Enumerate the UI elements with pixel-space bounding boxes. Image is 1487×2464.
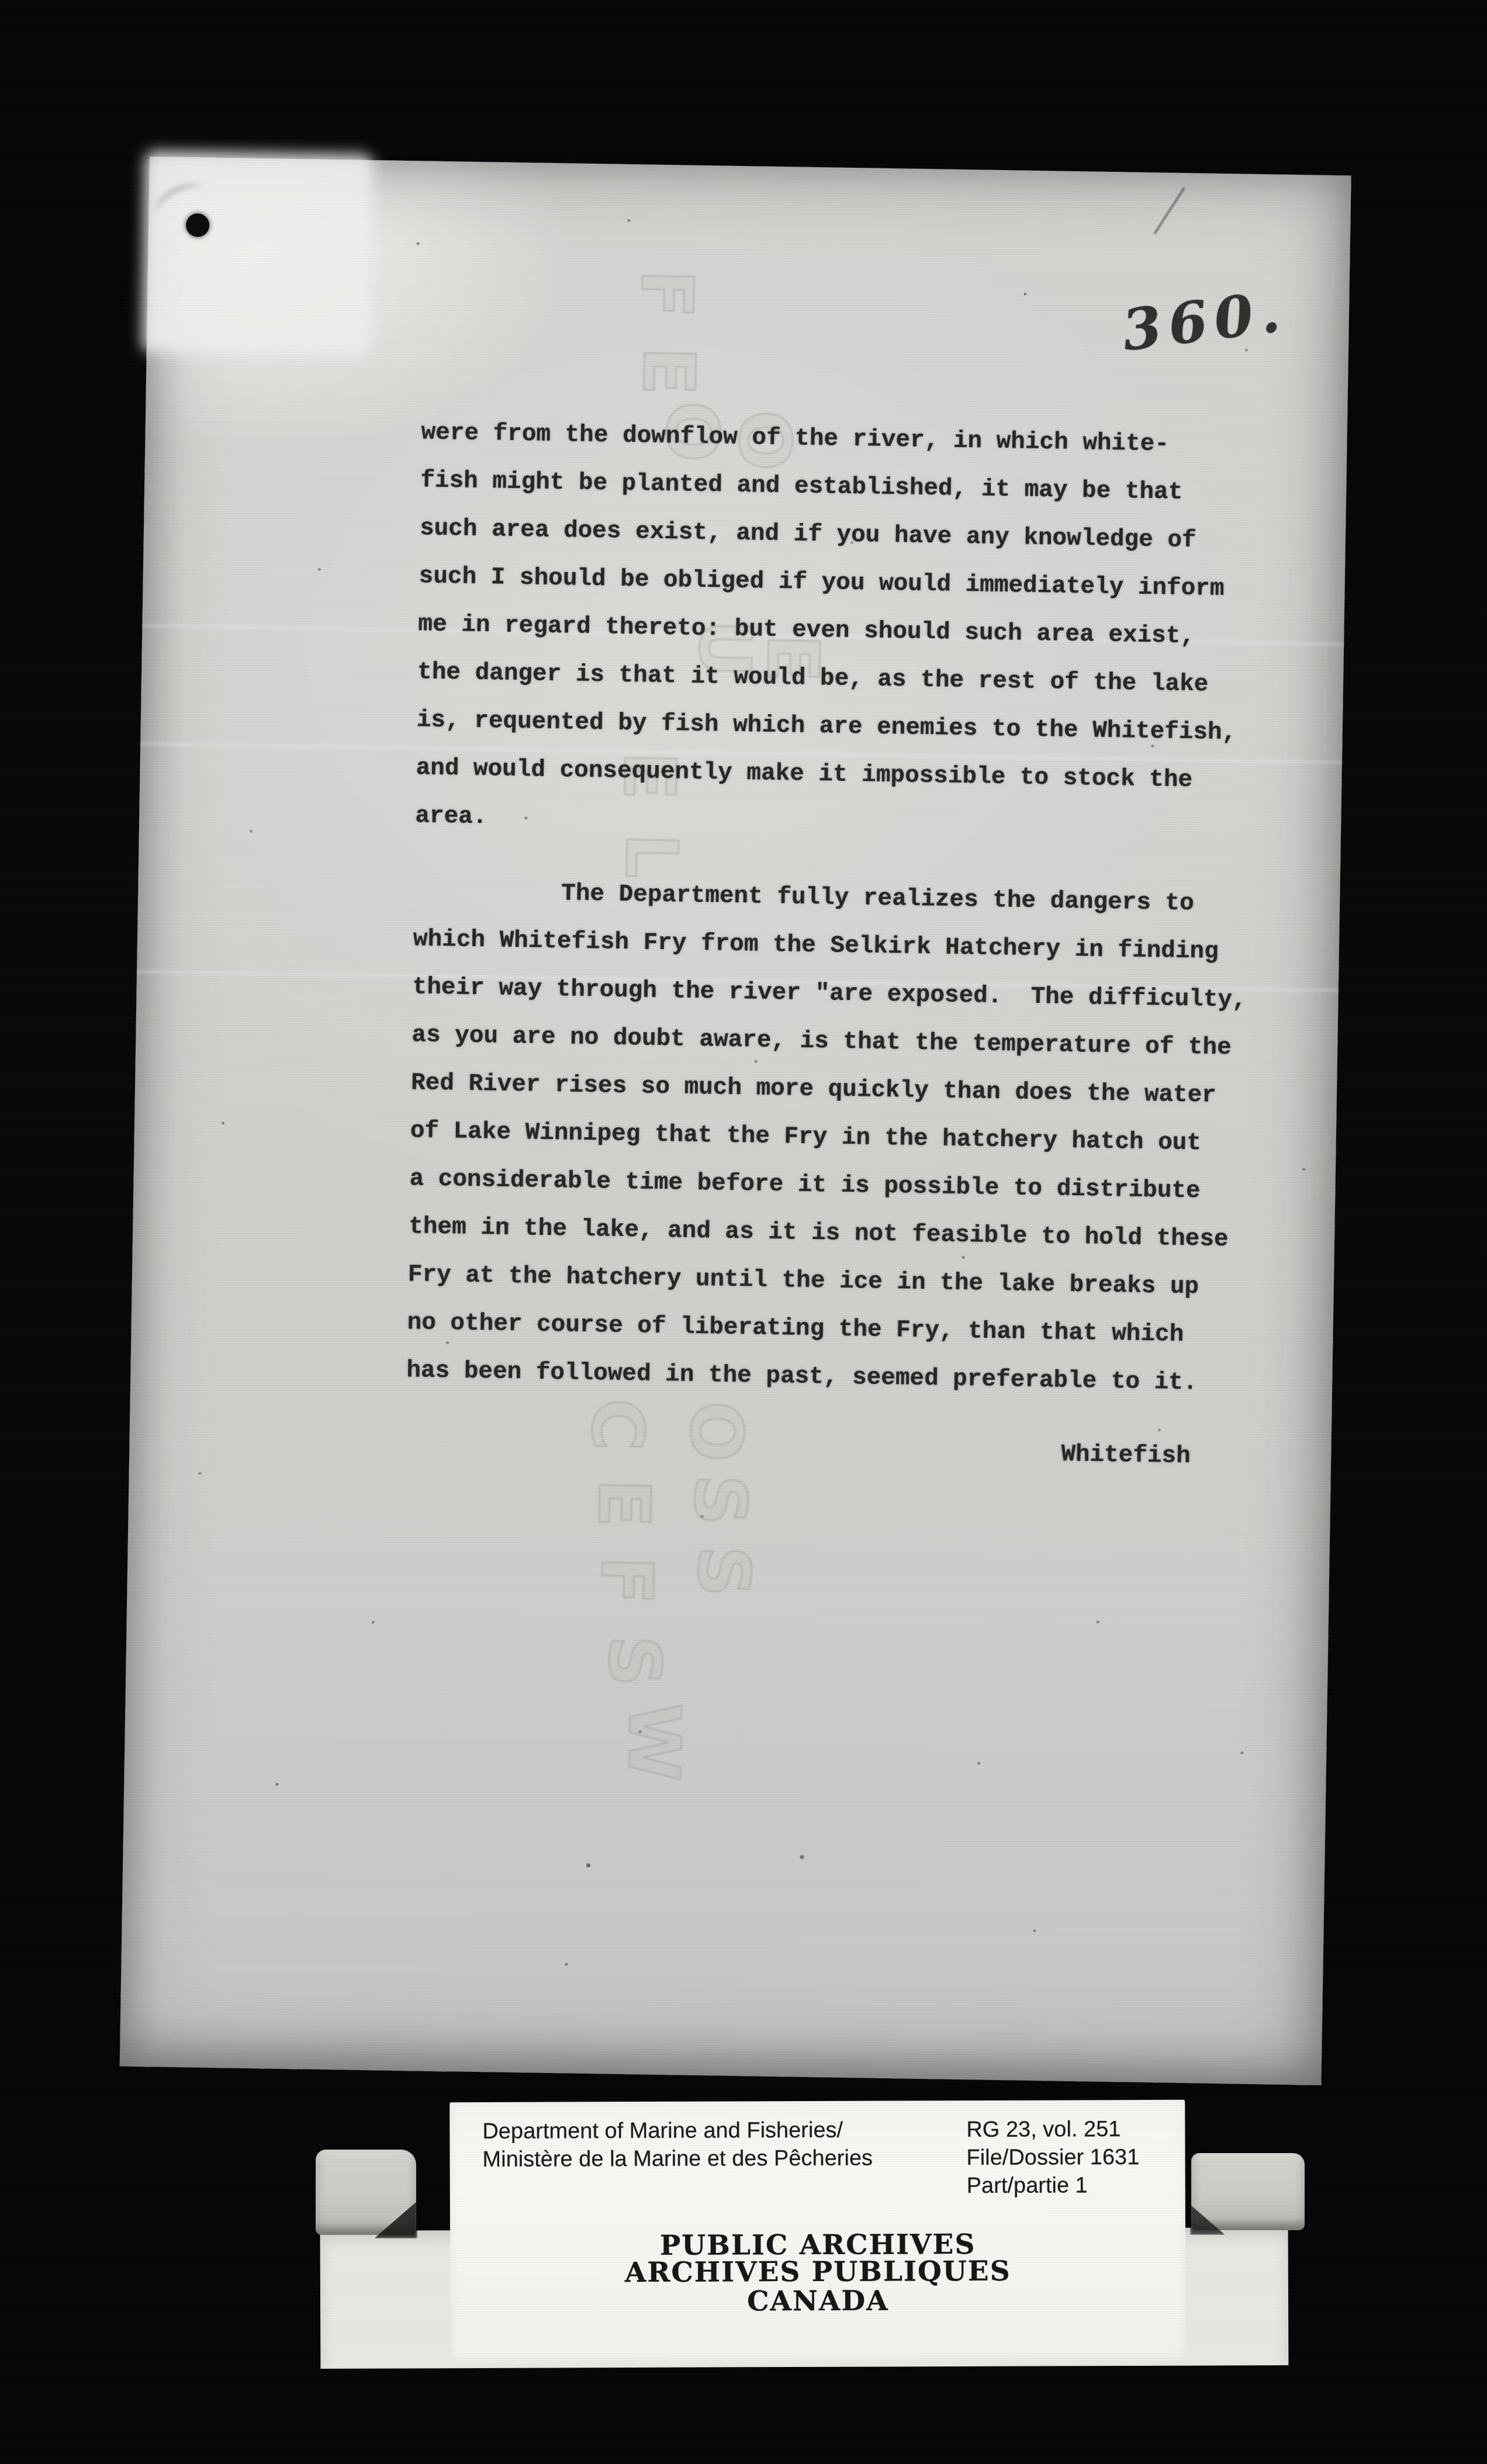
pen-mark [1154,187,1185,234]
label-rg-volume: RG 23, vol. 251 [966,2115,1139,2144]
embossed-letter: F [585,1555,668,1605]
embossed-letter: S [682,1545,765,1598]
paragraph-1: were from the downflow of the river, in … [415,409,1281,853]
tape-left [316,2150,416,2235]
label-reference: RG 23, vol. 251 File/Dossier 1631 Part/p… [966,2115,1139,2200]
paper-light-patch [142,151,373,356]
archives-stamp: PUBLIC ARCHIVES ARCHIVES PUBLIQUES CANAD… [450,2231,1185,2316]
document-page: 360. FEOOUEELCOESFSSW were from the down… [120,157,1351,2085]
paragraph-2: The Department fully realizes the danger… [406,867,1274,1408]
embossed-letter: E [627,346,710,396]
embossed-letter: F [624,269,708,319]
letter-body: were from the downflow of the river, in … [405,409,1281,1482]
paper-specks [150,157,151,158]
signature: Whitefish [405,1420,1265,1482]
embossed-letter: S [593,1635,676,1687]
label-department-en: Department of Marine and Fisheries/ [482,2116,873,2145]
label-part: Part/partie 1 [967,2171,1140,2200]
embossed-letter: E [582,1478,666,1528]
archives-line-canada: CANADA [450,2287,1185,2316]
embossed-letter: S [678,1474,762,1527]
label-file-dossier: File/Dossier 1631 [966,2143,1139,2172]
label-department-fr: Ministère de la Marine et des Pêcheries [482,2144,873,2174]
tape-right [1191,2153,1305,2230]
label-department: Department of Marine and Fisheries/ Mini… [482,2116,873,2174]
archives-line-fr: ARCHIVES PUBLIQUES [450,2258,1185,2287]
embossed-letter: W [612,1702,696,1782]
archive-label-card: Department of Marine and Fisheries/ Mini… [449,2100,1186,2366]
photo-background: 360. FEOOUEELCOESFSSW were from the down… [0,0,1487,2464]
page-number-annotation: 360. [1119,278,1291,364]
